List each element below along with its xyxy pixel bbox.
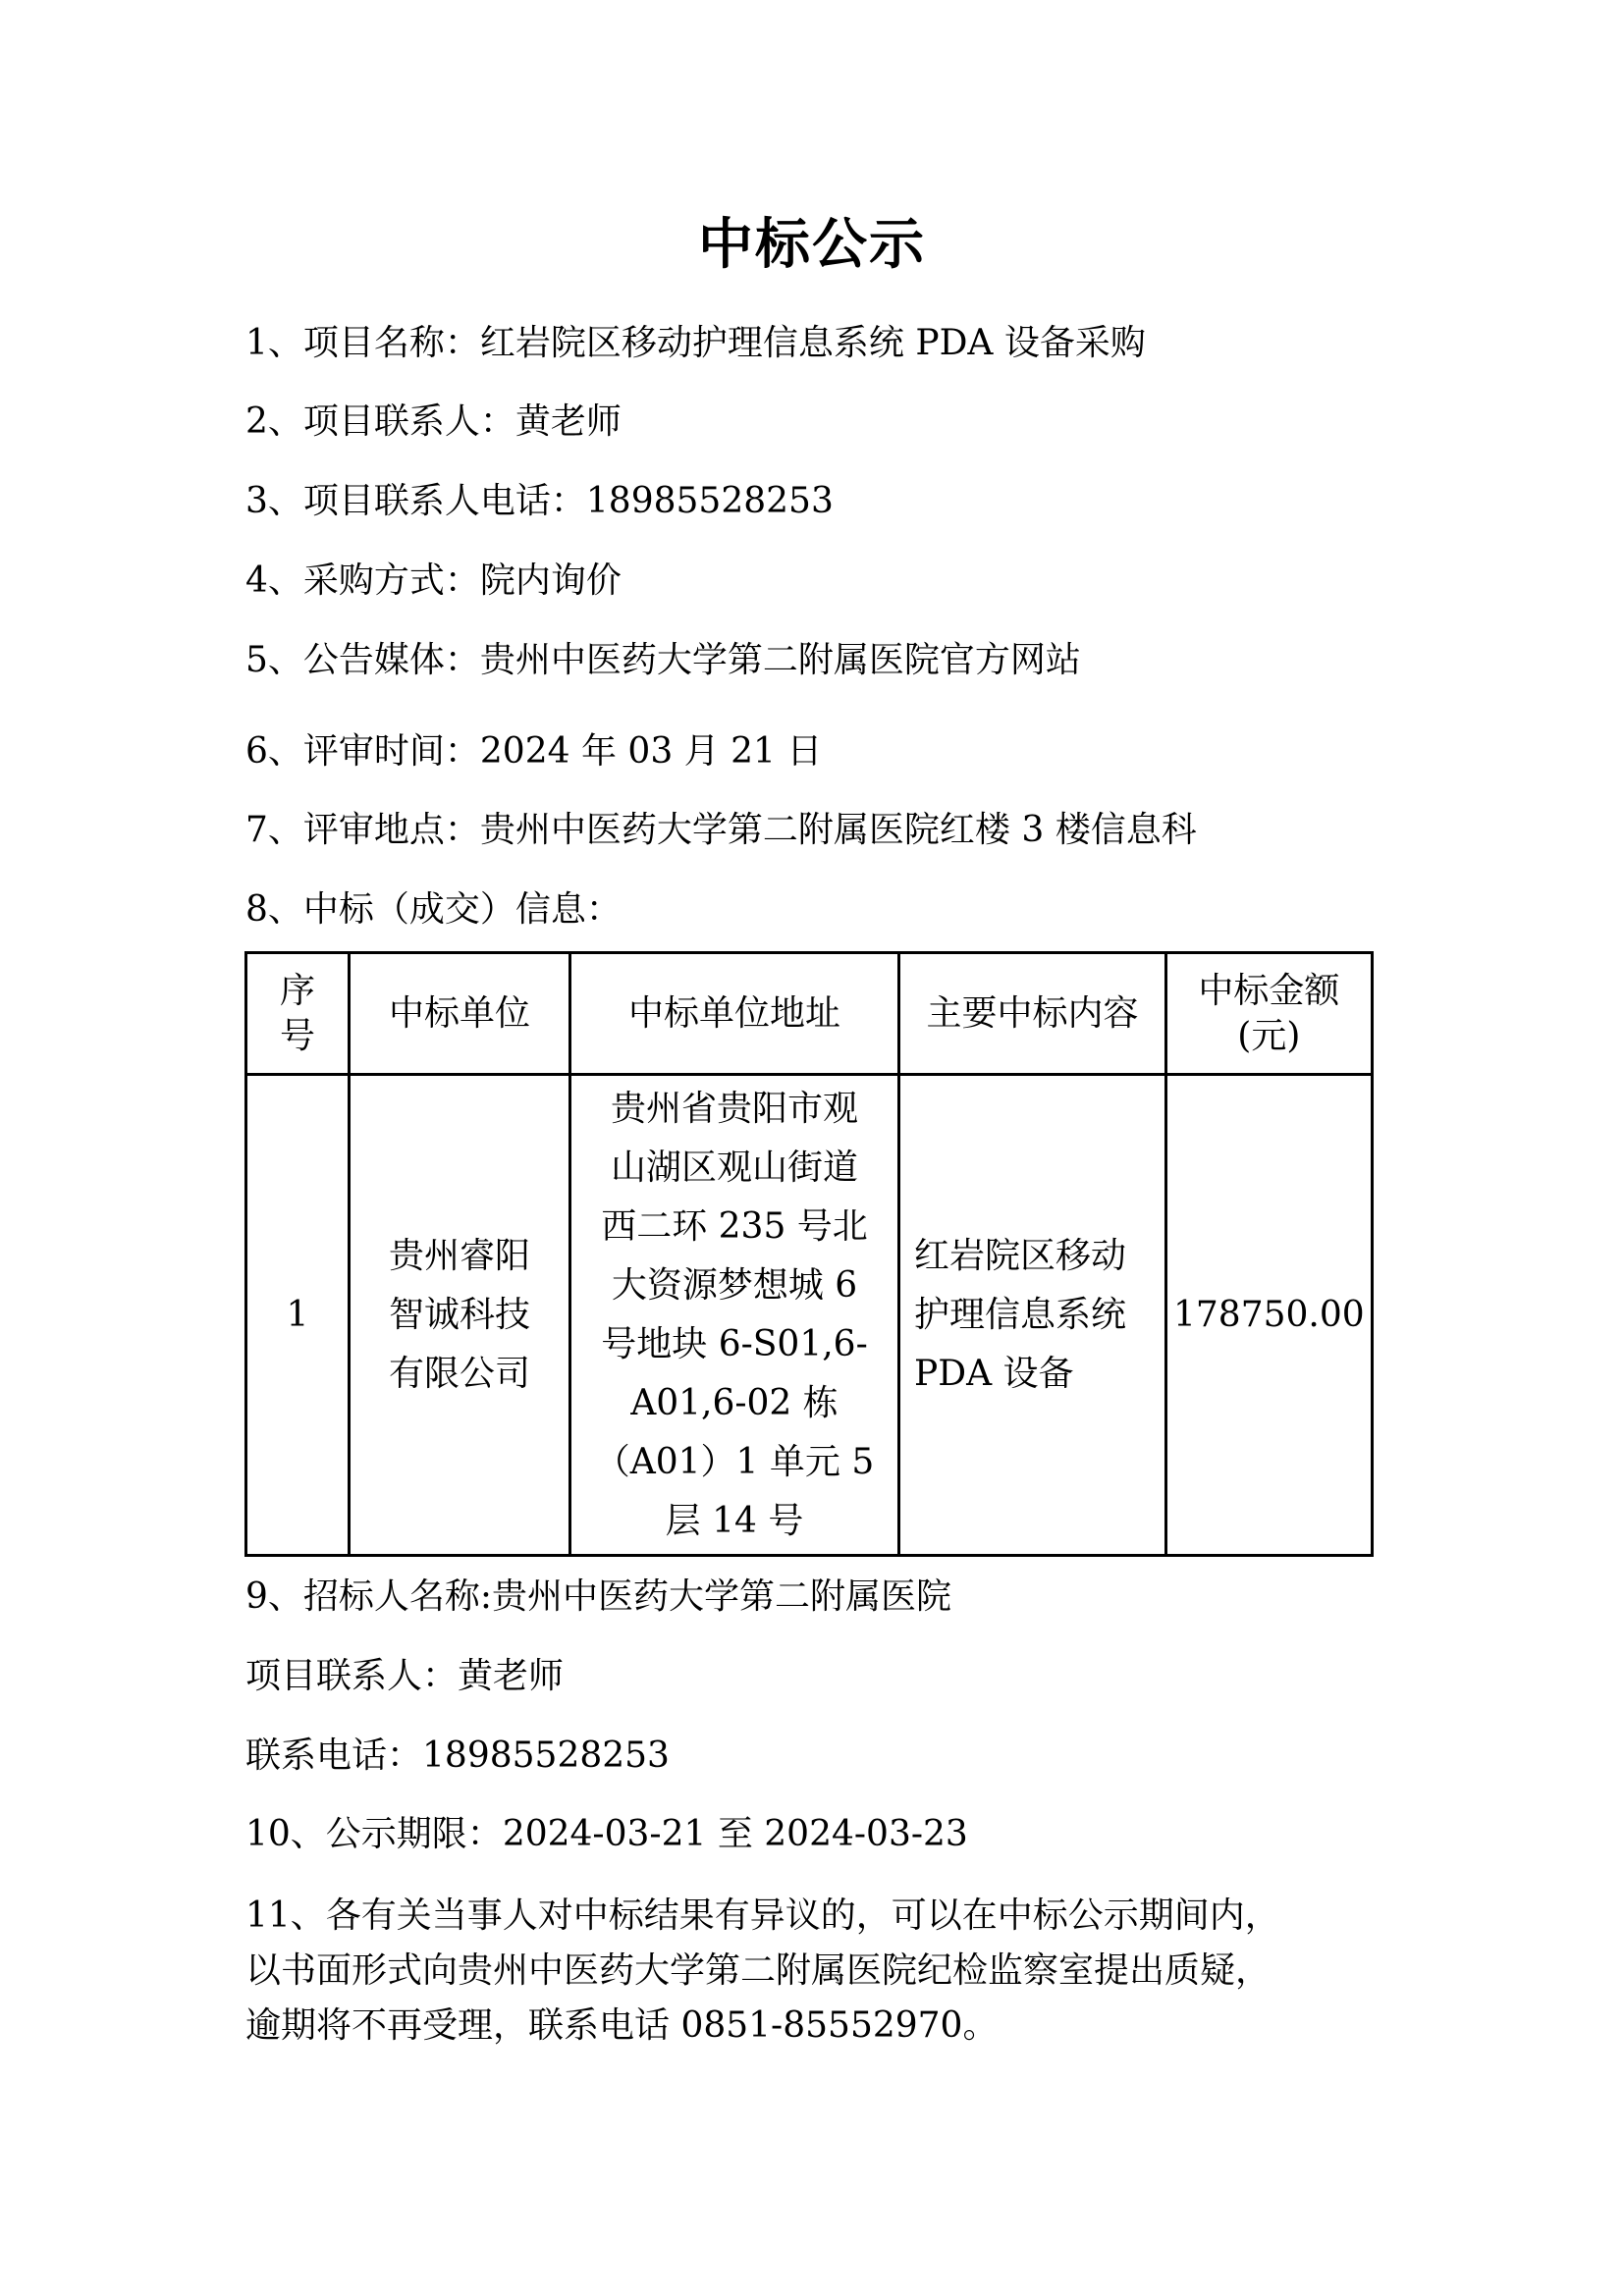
item-label: 7、评审地点： xyxy=(245,810,480,850)
item-label: 3、项目联系人电话： xyxy=(245,481,586,521)
item-value: 贵州中医药大学第二附属医院 xyxy=(492,1576,951,1617)
item-contact: 2、项目联系人：黄老师 xyxy=(245,400,622,444)
header-line: 中标金额 xyxy=(1198,971,1339,1011)
award-table: 序号 中标单位 中标单位地址 主要中标内容 中标金额(元) 1 贵州睿阳 智诚科… xyxy=(244,951,1374,1557)
header-line: 序 xyxy=(280,971,315,1011)
cell-line: 贵州省贵阳市观 xyxy=(611,1089,858,1129)
objection-notice: 11、各有关当事人对中标结果有异议的，可以在中标公示期间内， 以书面形式向贵州中… xyxy=(245,1889,1384,2054)
item-award-info: 8、中标（成交）信息： xyxy=(245,888,622,932)
item-value: 黄老师 xyxy=(458,1656,564,1696)
item-value: 黄老师 xyxy=(515,401,622,442)
item-contact-phone: 3、项目联系人电话：18985528253 xyxy=(245,480,834,523)
item-value: 2024-03-21 至 2024-03-23 xyxy=(503,1814,968,1854)
header-address: 中标单位地址 xyxy=(570,953,899,1075)
item-publicity-period: 10、公示期限：2024-03-21 至 2024-03-23 xyxy=(245,1813,968,1856)
notice-line: 11、各有关当事人对中标结果有异议的，可以在中标公示期间内， xyxy=(245,1889,1384,1944)
table-header-row: 序号 中标单位 中标单位地址 主要中标内容 中标金额(元) xyxy=(246,953,1373,1075)
header-company: 中标单位 xyxy=(350,953,570,1075)
item-label: 5、公告媒体： xyxy=(245,640,480,680)
item-value: 18985528253 xyxy=(422,1735,670,1776)
item-tenderer-phone: 联系电话：18985528253 xyxy=(245,1735,670,1778)
item-label: 4、采购方式： xyxy=(245,561,480,601)
cell-line: 贵州睿阳 xyxy=(389,1236,530,1276)
item-value: 红岩院区移动护理信息系统 PDA 设备采购 xyxy=(480,323,1146,363)
item-label: 6、评审时间： xyxy=(245,731,480,772)
cell-line: 智诚科技 xyxy=(389,1295,530,1335)
header-line: (元) xyxy=(1237,1016,1300,1056)
cell-line: PDA 设备 xyxy=(914,1354,1074,1394)
item-label: 9、招标人名称: xyxy=(245,1576,492,1617)
page-title: 中标公示 xyxy=(0,201,1624,280)
cell-line: 层 14 号 xyxy=(666,1501,804,1541)
cell-line: 西二环 235 号北 xyxy=(601,1206,868,1247)
cell-line: 有限公司 xyxy=(389,1354,530,1394)
header-amount: 中标金额(元) xyxy=(1166,953,1373,1075)
item-review-time: 6、评审时间：2024 年 03 月 21 日 xyxy=(245,730,822,774)
header-line: 号 xyxy=(280,1016,315,1056)
cell-line: 山湖区观山街道 xyxy=(611,1148,858,1188)
cell-amount: 178750.00 xyxy=(1166,1075,1373,1556)
item-label: 项目联系人： xyxy=(245,1656,458,1696)
cell-address: 贵州省贵阳市观 山湖区观山街道 西二环 235 号北 大资源梦想城 6 号地块 … xyxy=(570,1075,899,1556)
cell-line: （A01）1 单元 5 xyxy=(595,1442,875,1482)
item-project-name: 1、项目名称：红岩院区移动护理信息系统 PDA 设备采购 xyxy=(245,322,1146,365)
item-label: 10、公示期限： xyxy=(245,1814,503,1854)
item-label: 2、项目联系人： xyxy=(245,401,515,442)
item-tenderer-contact: 项目联系人：黄老师 xyxy=(245,1655,564,1698)
item-value: 贵州中医药大学第二附属医院红楼 3 楼信息科 xyxy=(480,810,1197,850)
item-label: 1、项目名称： xyxy=(245,323,480,363)
notice-line: 以书面形式向贵州中医药大学第二附属医院纪检监察室提出质疑， xyxy=(245,1944,1384,1999)
item-procurement-method: 4、采购方式：院内询价 xyxy=(245,560,622,603)
cell-line: 红岩院区移动 xyxy=(914,1236,1126,1276)
item-tenderer: 9、招标人名称:贵州中医药大学第二附属医院 xyxy=(245,1575,951,1619)
table-row: 1 贵州睿阳 智诚科技 有限公司 贵州省贵阳市观 山湖区观山街道 西二环 235… xyxy=(246,1075,1373,1556)
header-content: 主要中标内容 xyxy=(899,953,1166,1075)
cell-company: 贵州睿阳 智诚科技 有限公司 xyxy=(350,1075,570,1556)
item-label: 联系电话： xyxy=(245,1735,422,1776)
cell-line: 号地块 6-S01,6- xyxy=(601,1324,868,1364)
notice-line: 逾期将不再受理，联系电话 0851-85552970。 xyxy=(245,1999,1384,2054)
item-value: 贵州中医药大学第二附属医院官方网站 xyxy=(480,640,1081,680)
item-value: 2024 年 03 月 21 日 xyxy=(480,731,822,772)
item-label: 8、中标（成交）信息： xyxy=(245,889,622,930)
item-media: 5、公告媒体：贵州中医药大学第二附属医院官方网站 xyxy=(245,639,1081,682)
cell-line: 护理信息系统 xyxy=(914,1295,1126,1335)
cell-line: 大资源梦想城 6 xyxy=(612,1265,857,1306)
header-index: 序号 xyxy=(246,953,350,1075)
cell-line: A01,6-02 栋 xyxy=(630,1383,839,1423)
item-value: 18985528253 xyxy=(586,481,834,521)
cell-content: 红岩院区移动 护理信息系统 PDA 设备 xyxy=(899,1075,1166,1556)
cell-index: 1 xyxy=(246,1075,350,1556)
item-review-location: 7、评审地点：贵州中医药大学第二附属医院红楼 3 楼信息科 xyxy=(245,809,1197,852)
item-value: 院内询价 xyxy=(480,561,622,601)
